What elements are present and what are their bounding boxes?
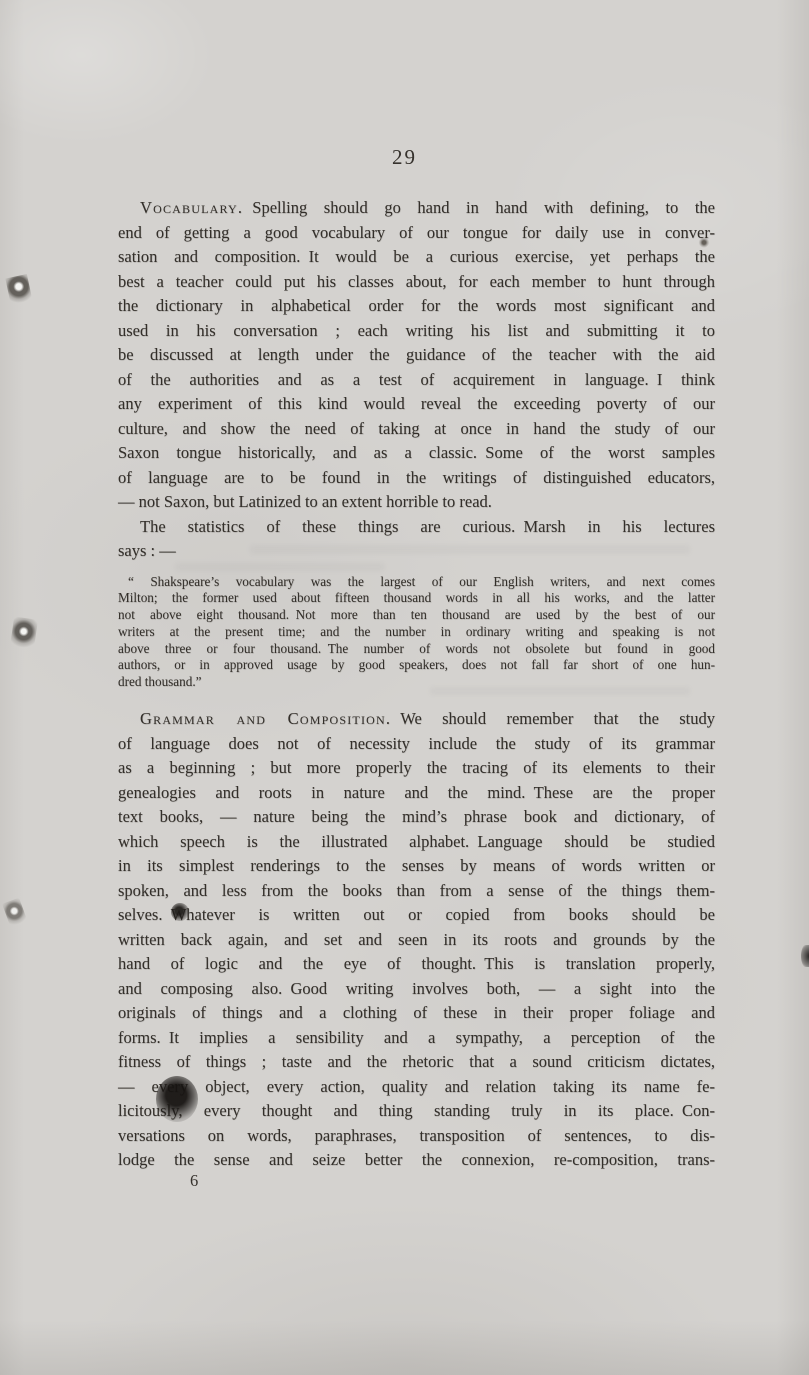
text-line: Milton; the former used about fifteen th… [118,590,715,607]
text-line: originals of things and a clothing of th… [118,1001,715,1026]
text-line: authors, or in approved usage by good sp… [118,657,715,674]
text-line: — not Saxon, but Latinized to an extent … [118,490,715,515]
text-line: culture, and show the need of taking at … [118,417,715,442]
text-line: — every object, every action, quality an… [118,1075,715,1100]
text-line: above three or four thousand. The number… [118,641,715,658]
text-line: best a teacher could put his classes abo… [118,270,715,295]
text-line: as a beginning ; but more properly the t… [118,756,715,781]
text-line: sation and composition. It would be a cu… [118,245,715,270]
text-line: of language does not of necessity includ… [118,732,715,757]
text-block: Vocabulary.Spelling should go hand in ha… [118,196,715,1173]
grammar-paragraph: Grammar and Composition.We should rememb… [118,707,715,1173]
text-line: which speech is the illustrated alphabet… [118,830,715,855]
text-line: selves. Whatever is written out or copie… [118,903,715,928]
text-line: the dictionary in alphabetical order for… [118,294,715,319]
text-line: dred thousand.” [118,674,715,691]
marsh-quote: “ Shakspeare’s vocabulary was the larges… [118,574,715,692]
text-line: written back again, and set and seen in … [118,928,715,953]
paragraph-lead: Grammar and Composition. [140,709,391,728]
page-number: 29 [0,145,809,170]
text-line: Grammar and Composition.We should rememb… [118,707,715,732]
text-line: forms. It implies a sensibility and a sy… [118,1026,715,1051]
text-line: Vocabulary.Spelling should go hand in ha… [118,196,715,221]
text-line: lodge the sense and seize better the con… [118,1148,715,1173]
text-line: fitness of things ; taste and the rhetor… [118,1050,715,1075]
vocabulary-paragraph: Vocabulary.Spelling should go hand in ha… [118,196,715,515]
text-line: genealogies and roots in nature and the … [118,781,715,806]
left-margin-ink-smudge-middle [10,616,38,649]
text-line: be discussed at length under the guidanc… [118,343,715,368]
scanned-book-page: 29 Vocabulary.Spelling should go hand in… [0,0,809,1375]
right-edge-ink-mark [801,945,809,967]
statistics-paragraph: The statistics of these things are curio… [118,515,715,564]
text-line: licitously, every thought and thing stan… [118,1099,715,1124]
text-line: says : — [118,539,715,564]
text-line: in its simplest renderings to the senses… [118,854,715,879]
text-line: The statistics of these things are curio… [118,515,715,540]
text-line: end of getting a good vocabulary of our … [118,221,715,246]
left-margin-ink-smudge-top [5,274,32,306]
text-line: writers at the present time; and the num… [118,624,715,641]
text-line: of the authorities and as a test of acqu… [118,368,715,393]
text-line: and composing also. Good writing involve… [118,977,715,1002]
left-margin-ink-smudge-bottom [2,898,28,929]
text-line: hand of logic and the eye of thought. Th… [118,952,715,977]
signature-mark: 6 [190,1171,198,1191]
text-line: of language are to be found in the writi… [118,466,715,491]
text-line: any experiment of this kind would reveal… [118,392,715,417]
text-line: “ Shakspeare’s vocabulary was the larges… [118,574,715,591]
paragraph-lead: Vocabulary. [140,198,243,217]
text-line: text books, — nature being the mind’s ph… [118,805,715,830]
text-line: Saxon tongue historically, and as a clas… [118,441,715,466]
text-line: versations on words, paraphrases, transp… [118,1124,715,1149]
text-line: used in his conversation ; each writing … [118,319,715,344]
text-line: not above eight thousand. Not more than … [118,607,715,624]
text-line: spoken, and less from the books than fro… [118,879,715,904]
